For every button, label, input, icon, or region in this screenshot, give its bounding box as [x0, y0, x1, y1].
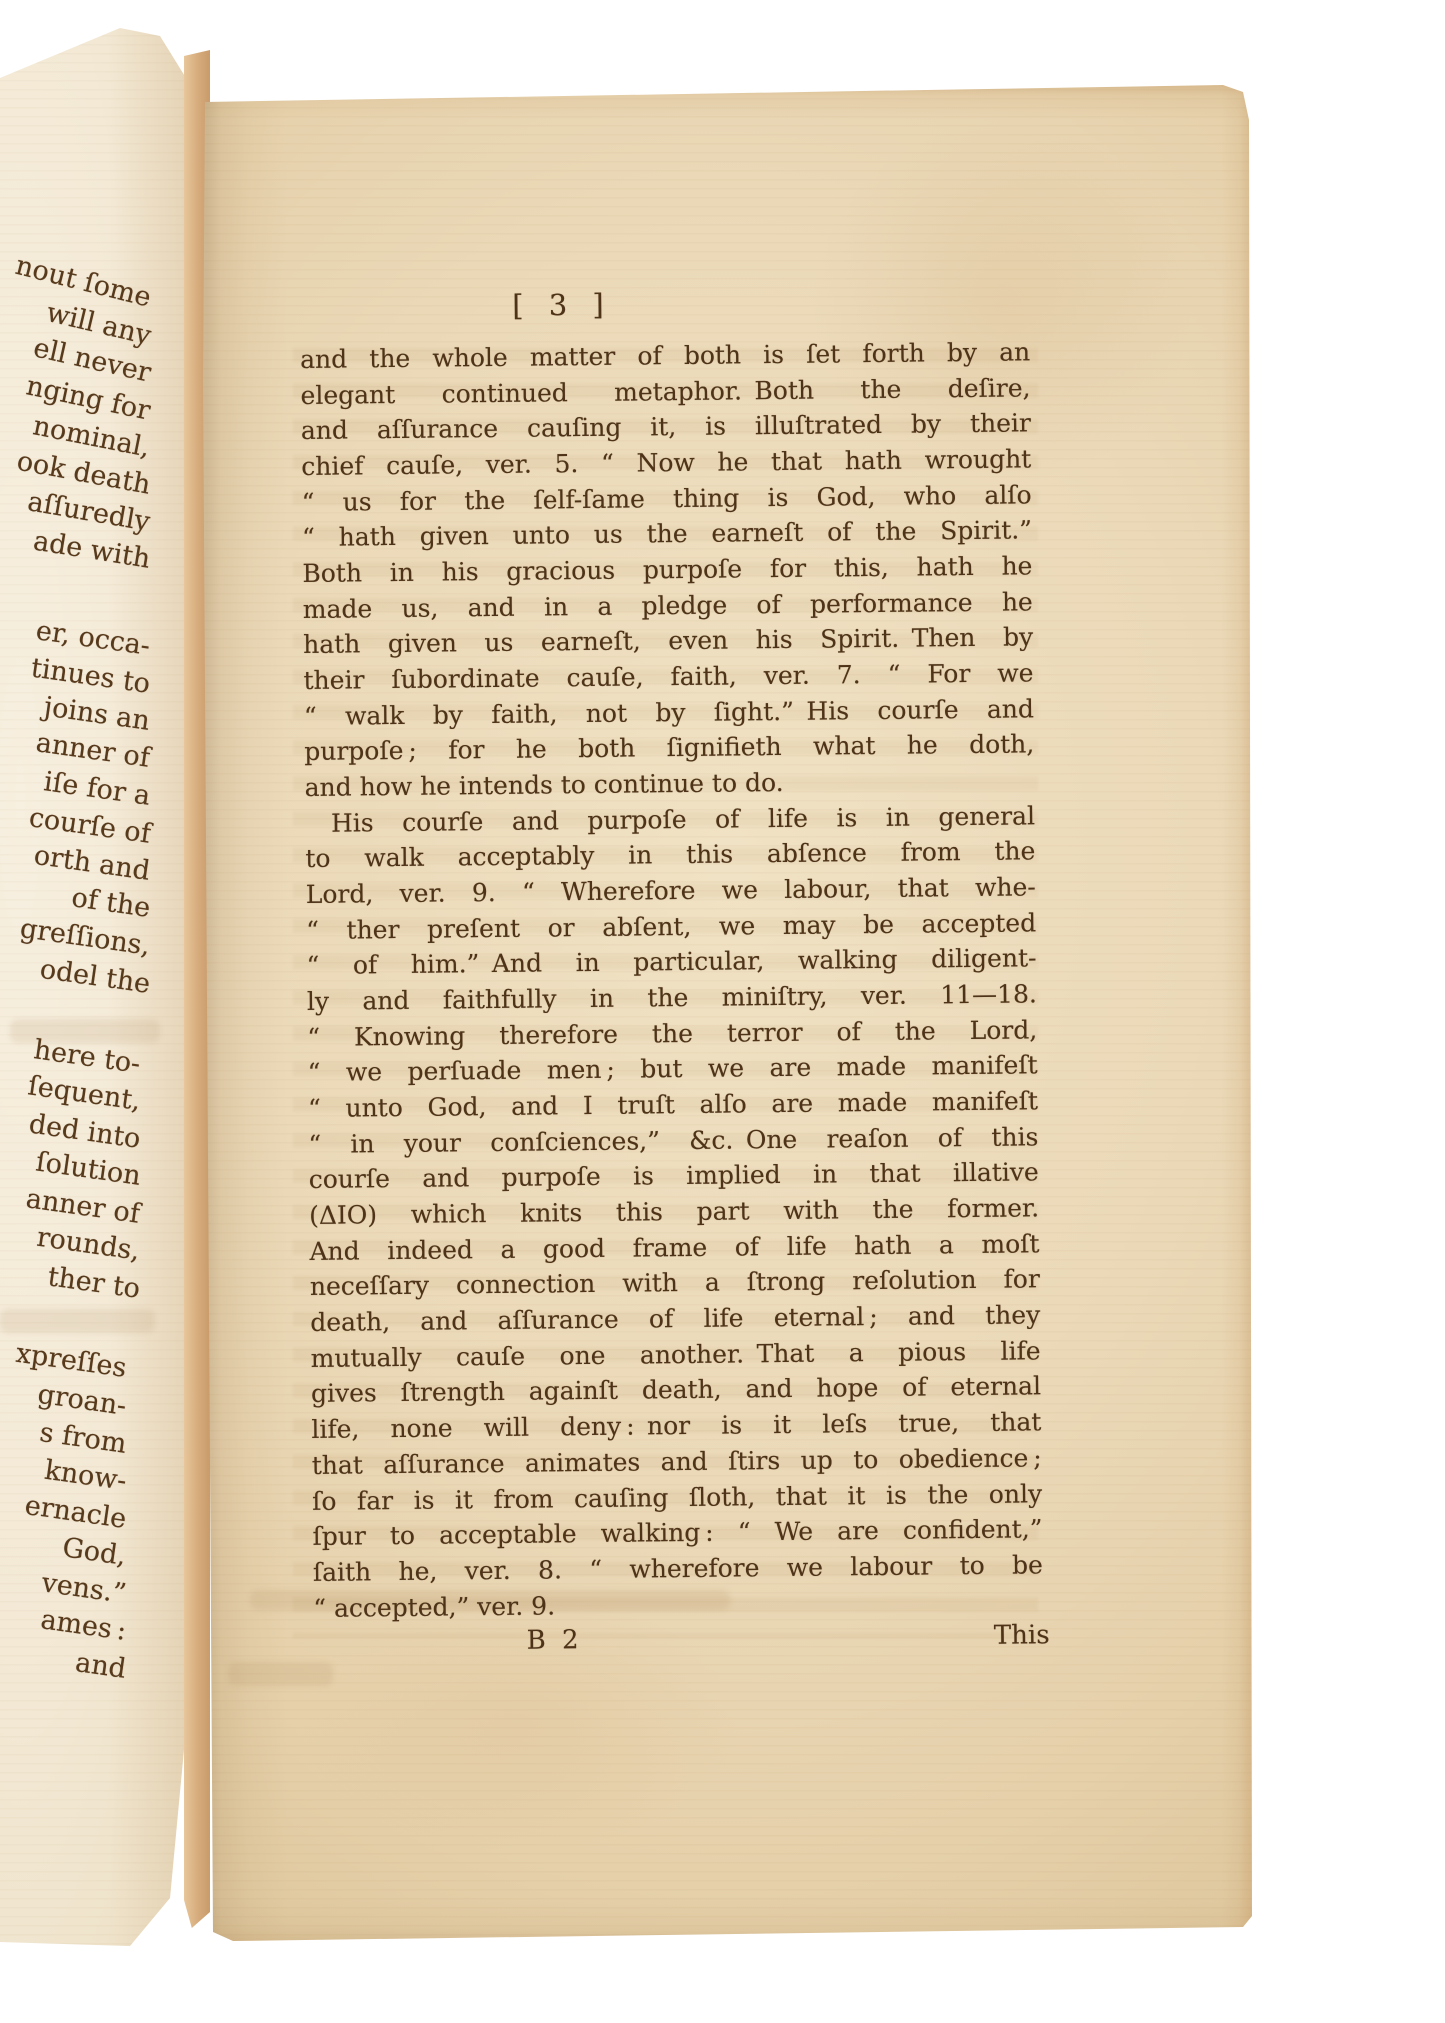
- signature-row: B 2 This: [313, 1618, 1043, 1666]
- left-page-line: and: [73, 1646, 128, 1687]
- main-text-block: and the whole matter of both is ſet fort…: [300, 334, 1044, 1666]
- signature-mark: B 2: [526, 1625, 582, 1656]
- catchword: This: [994, 1620, 1050, 1651]
- text-line: ſaith he, ver. 8. “ wherefore we labour …: [313, 1547, 1043, 1590]
- page-number-header: [ 3 ]: [488, 287, 628, 322]
- left-page: nout ſomewill anyell nevernging fornomin…: [0, 26, 198, 1954]
- right-page: [ 3 ] and the whole matter of both is ſe…: [203, 80, 1255, 1946]
- book-photo: nout ſomewill anyell nevernging fornomin…: [0, 0, 1445, 2023]
